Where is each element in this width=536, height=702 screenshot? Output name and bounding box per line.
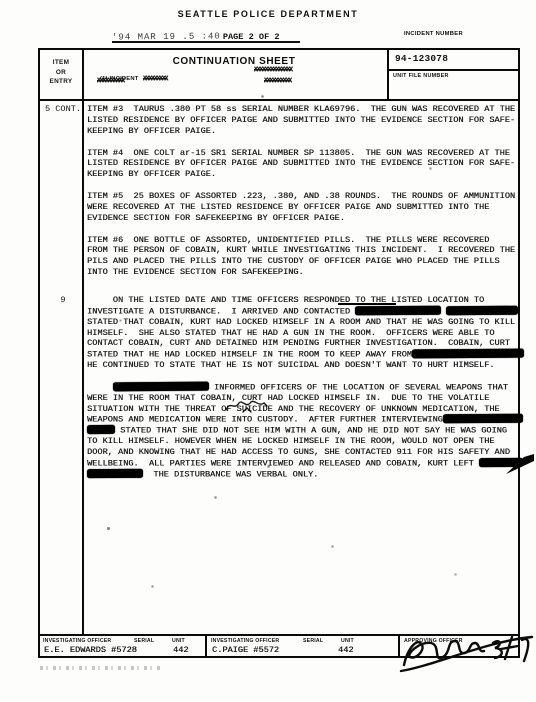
report-paragraph: ITEM #4 ONE COLT ar-15 SR1 SERIAL NUMBER… — [87, 148, 524, 181]
text-segment: HIMSELF. SHE ALSO STATED THAT HE HAD A G… — [87, 328, 494, 338]
serial-label: SERIAL — [303, 638, 323, 644]
redaction-bar — [87, 468, 143, 477]
approving-officer-signature — [396, 627, 536, 677]
date-stamp-row: '94 MAR 19 .5 :40PAGE 2 OF 2 — [112, 26, 300, 43]
unit-label: UNIT — [341, 638, 354, 644]
report-line: STATED THAT HE HAD LOCKED HIMSELF IN THE… — [87, 349, 524, 360]
ink-mark — [504, 454, 534, 474]
text-segment: WERE IN THE ROOM THAT COBAIN, CURT HAD L… — [87, 393, 489, 403]
continuation-sheet-form: ITEM OR ENTRY CONTINUATION SHEET (1) INC… — [38, 48, 520, 658]
report-paragraph: ITEM #5 25 BOXES OF ASSORTED .223, .380,… — [87, 191, 524, 224]
scan-noise-specks — [0, 0, 1, 1]
report-line: SITUATION WITH THE THREAT OF SUICIDE AND… — [87, 404, 524, 415]
text-segment: WERE RECOVERED AT THE LISTED RESIDENCE B… — [87, 202, 489, 212]
report-line: KEEPING BY OFFICER PAIGE. — [87, 126, 524, 137]
or-label: OR — [40, 68, 82, 78]
report-line: STATED THAT COBAIN, KURT HAD LOCKED HIMS… — [87, 317, 524, 328]
header-separator-line — [40, 99, 518, 101]
redaction-bar — [87, 425, 115, 434]
text-segment: ON THE LISTED DATE AND TIME OFFICERS RES… — [87, 295, 484, 305]
officer-unit: 442 — [173, 645, 188, 655]
report-line: WELLBEING. ALL PARTIES WERE INTERVIEWED … — [87, 458, 524, 469]
investigating-officer-cell-2: INVESTIGATING OFFICER SERIAL UNIT C.PAIG… — [207, 636, 400, 656]
text-segment: KEEPING BY OFFICER PAIGE. — [87, 126, 216, 136]
text-segment: SITUATION WITH THE THREAT OF SUICIDE AND… — [87, 404, 500, 414]
scanned-police-report-page: SEATTLE POLICE DEPARTMENT '94 MAR 19 .5 … — [0, 0, 536, 702]
handwritten-insertion-note — [223, 397, 269, 414]
report-section: 9 ON THE LISTED DATE AND TIME OFFICERS R… — [87, 295, 524, 480]
text-segment: ITEM #3 TAURUS .380 PT 58 ss SERIAL NUMB… — [87, 104, 515, 114]
item-column-divider — [82, 50, 84, 636]
page-number-label: PAGE 2 OF 2 — [223, 32, 280, 42]
text-segment: STATED THAT HE HAD LOCKED HIMSELF IN THE… — [87, 350, 412, 360]
report-line: FROM THE PERSON OF COBAIN, KURT WHILE IN… — [87, 245, 524, 256]
text-segment: WELLBEING. ALL PARTIES WERE INTERVIEWED … — [87, 458, 479, 468]
report-line: DOOR, AND KNOWING THAT HE HAD ACCESS TO … — [87, 447, 524, 458]
text-segment: KEEPING BY OFFICER PAIGE. — [87, 169, 216, 179]
text-segment: HE CONTINUED TO STATE THAT HE IS NOT SUI… — [87, 360, 494, 370]
text-segment: LISTED RESIDENCE BY OFFICER PAIGE AND SU… — [87, 158, 515, 168]
redaction-bar — [355, 306, 441, 315]
investigating-officer-label: INVESTIGATING OFFICER — [211, 638, 279, 644]
struck-out-text: XXXXXXXXXX — [264, 77, 291, 84]
text-segment: TO KILL HIMSELF. HOWEVER WHEN HE LOCKED … — [87, 436, 494, 446]
serial-label: SERIAL — [134, 638, 154, 644]
report-line: ITEM #6 ONE BOTTLE OF ASSORTED, UNIDENTI… — [87, 235, 524, 246]
report-line: ITEM #5 25 BOXES OF ASSORTED .223, .380,… — [87, 191, 524, 202]
item-label: ITEM — [40, 58, 82, 68]
received-date-stamp: '94 MAR 19 .5 :40 — [112, 31, 221, 42]
text-segment: DOOR, AND KNOWING THAT HE HAD ACCESS TO … — [87, 447, 510, 457]
report-line: HE CONTINUED TO STATE THAT HE IS NOT SUI… — [87, 360, 524, 371]
pen-underline-mark — [338, 303, 396, 305]
faint-form-number — [40, 666, 160, 670]
report-line: EVIDENCE SECTION FOR SAFEKEEPING BY OFFI… — [87, 213, 524, 224]
report-paragraph: ITEM #6 ONE BOTTLE OF ASSORTED, UNIDENTI… — [87, 235, 524, 278]
text-segment: ITEM #4 ONE COLT ar-15 SR1 SERIAL NUMBER… — [87, 148, 510, 158]
form-title: CONTINUATION SHEET — [84, 56, 384, 67]
unit-file-number-label: UNIT FILE NUMBER — [393, 73, 449, 79]
report-line: INTO THE EVIDENCE SECTION FOR SAFEKEEPIN… — [87, 267, 524, 278]
redaction-bar — [443, 414, 523, 423]
redaction-bar — [412, 349, 524, 358]
investigating-officer-label: INVESTIGATING OFFICER — [43, 638, 111, 644]
item-entry-number: 9 — [41, 295, 85, 305]
text-segment: ITEM #6 ONE BOTTLE OF ASSORTED, UNIDENTI… — [87, 235, 489, 245]
text-segment: STATED THAT SHE DID NOT SEE HIM WITH A G… — [115, 426, 507, 436]
unit-label: UNIT — [172, 638, 185, 644]
report-line: LISTED RESIDENCE BY OFFICER PAIGE AND SU… — [87, 158, 524, 169]
report-line: WERE IN THE ROOM THAT COBAIN, CURT HAD L… — [87, 393, 524, 404]
report-line: HIMSELF. SHE ALSO STATED THAT HE HAD A G… — [87, 328, 524, 339]
entry-label: ENTRY — [40, 77, 82, 87]
report-paragraph: INFORMED OFFICERS OF THE LOCATION OF SEV… — [87, 382, 524, 480]
text-segment: INFORMED OFFICERS OF THE LOCATION OF SEV… — [209, 382, 508, 392]
struck-out-text: XXXXXXXXXX — [97, 77, 124, 84]
report-line: ITEM #4 ONE COLT ar-15 SR1 SERIAL NUMBER… — [87, 148, 524, 159]
text-segment — [87, 382, 113, 392]
report-line: ITEM #3 TAURUS .380 PT 58 ss SERIAL NUMB… — [87, 104, 524, 115]
officer-name-serial: C.PAIGE #5572 — [212, 645, 279, 655]
report-line: ON THE LISTED DATE AND TIME OFFICERS RES… — [87, 295, 524, 306]
text-segment: THE DISTURBANCE WAS VERBAL ONLY. — [143, 469, 318, 479]
report-section: 5 CONT.ITEM #3 TAURUS .380 PT 58 ss SERI… — [87, 104, 524, 278]
report-line: CONTACT COBAIN, CURT AND DETAINED HIM PE… — [87, 338, 524, 349]
report-paragraph: ON THE LISTED DATE AND TIME OFFICERS RES… — [87, 295, 524, 371]
report-paragraph: ITEM #3 TAURUS .380 PT 58 ss SERIAL NUMB… — [87, 104, 524, 137]
redaction-bar — [113, 382, 209, 391]
incident-number-box: 94-123078 — [389, 50, 518, 71]
officer-name-serial: E.E. EDWARDS #5728 — [44, 645, 137, 655]
text-segment: INTO THE EVIDENCE SECTION FOR SAFEKEEPIN… — [87, 267, 304, 277]
report-line: WERE RECOVERED AT THE LISTED RESIDENCE B… — [87, 202, 524, 213]
report-narrative-body: 5 CONT.ITEM #3 TAURUS .380 PT 58 ss SERI… — [87, 104, 524, 479]
report-line: THE DISTURBANCE WAS VERBAL ONLY. — [87, 469, 524, 480]
incident-number-label: INCIDENT NUMBER — [404, 31, 463, 37]
struck-out-text: XXXXXXXXXXXXXX — [254, 66, 292, 73]
report-line: TO KILL HIMSELF. HOWEVER WHEN HE LOCKED … — [87, 436, 524, 447]
report-line: PILS AND PLACED THE PILLS INTO THE CUSTO… — [87, 256, 524, 267]
text-segment: INVESTIGATE A DISTURBANCE. I ARRIVED AND… — [87, 306, 355, 316]
item-entry-number: 5 CONT. — [41, 104, 85, 114]
report-line: STATED THAT SHE DID NOT SEE HIM WITH A G… — [87, 425, 524, 436]
report-line: LISTED RESIDENCE BY OFFICER PAIGE AND SU… — [87, 115, 524, 126]
text-segment: LISTED RESIDENCE BY OFFICER PAIGE AND SU… — [87, 115, 515, 125]
report-line: INFORMED OFFICERS OF THE LOCATION OF SEV… — [87, 382, 524, 393]
incident-number-value: 94-123078 — [395, 53, 448, 64]
report-line: KEEPING BY OFFICER PAIGE. — [87, 169, 524, 180]
text-segment: CONTACT COBAIN, CURT AND DETAINED HIM PE… — [87, 338, 510, 348]
redaction-bar — [446, 306, 518, 315]
text-segment: STATED THAT COBAIN, KURT HAD LOCKED HIMS… — [87, 317, 515, 327]
text-segment: FROM THE PERSON OF COBAIN, KURT WHILE IN… — [87, 245, 515, 255]
department-title: SEATTLE POLICE DEPARTMENT — [0, 9, 536, 19]
officer-unit: 442 — [338, 645, 353, 655]
struck-out-text: XXXXXXXXX — [143, 75, 167, 82]
report-line: WEAPONS AND MEDICATION WERE INTO CUSTODY… — [87, 414, 524, 425]
text-segment: WEAPONS AND MEDICATION WERE INTO CUSTODY… — [87, 415, 443, 425]
item-or-entry-column-header: ITEM OR ENTRY — [40, 58, 82, 87]
report-line: INVESTIGATE A DISTURBANCE. I ARRIVED AND… — [87, 306, 524, 317]
investigating-officer-cell-1: INVESTIGATING OFFICER SERIAL UNIT E.E. E… — [40, 636, 207, 656]
text-segment: PILS AND PLACED THE PILLS INTO THE CUSTO… — [87, 256, 500, 266]
text-segment: EVIDENCE SECTION FOR SAFEKEEPING BY OFFI… — [87, 213, 345, 223]
text-segment: ITEM #5 25 BOXES OF ASSORTED .223, .380,… — [87, 191, 515, 201]
